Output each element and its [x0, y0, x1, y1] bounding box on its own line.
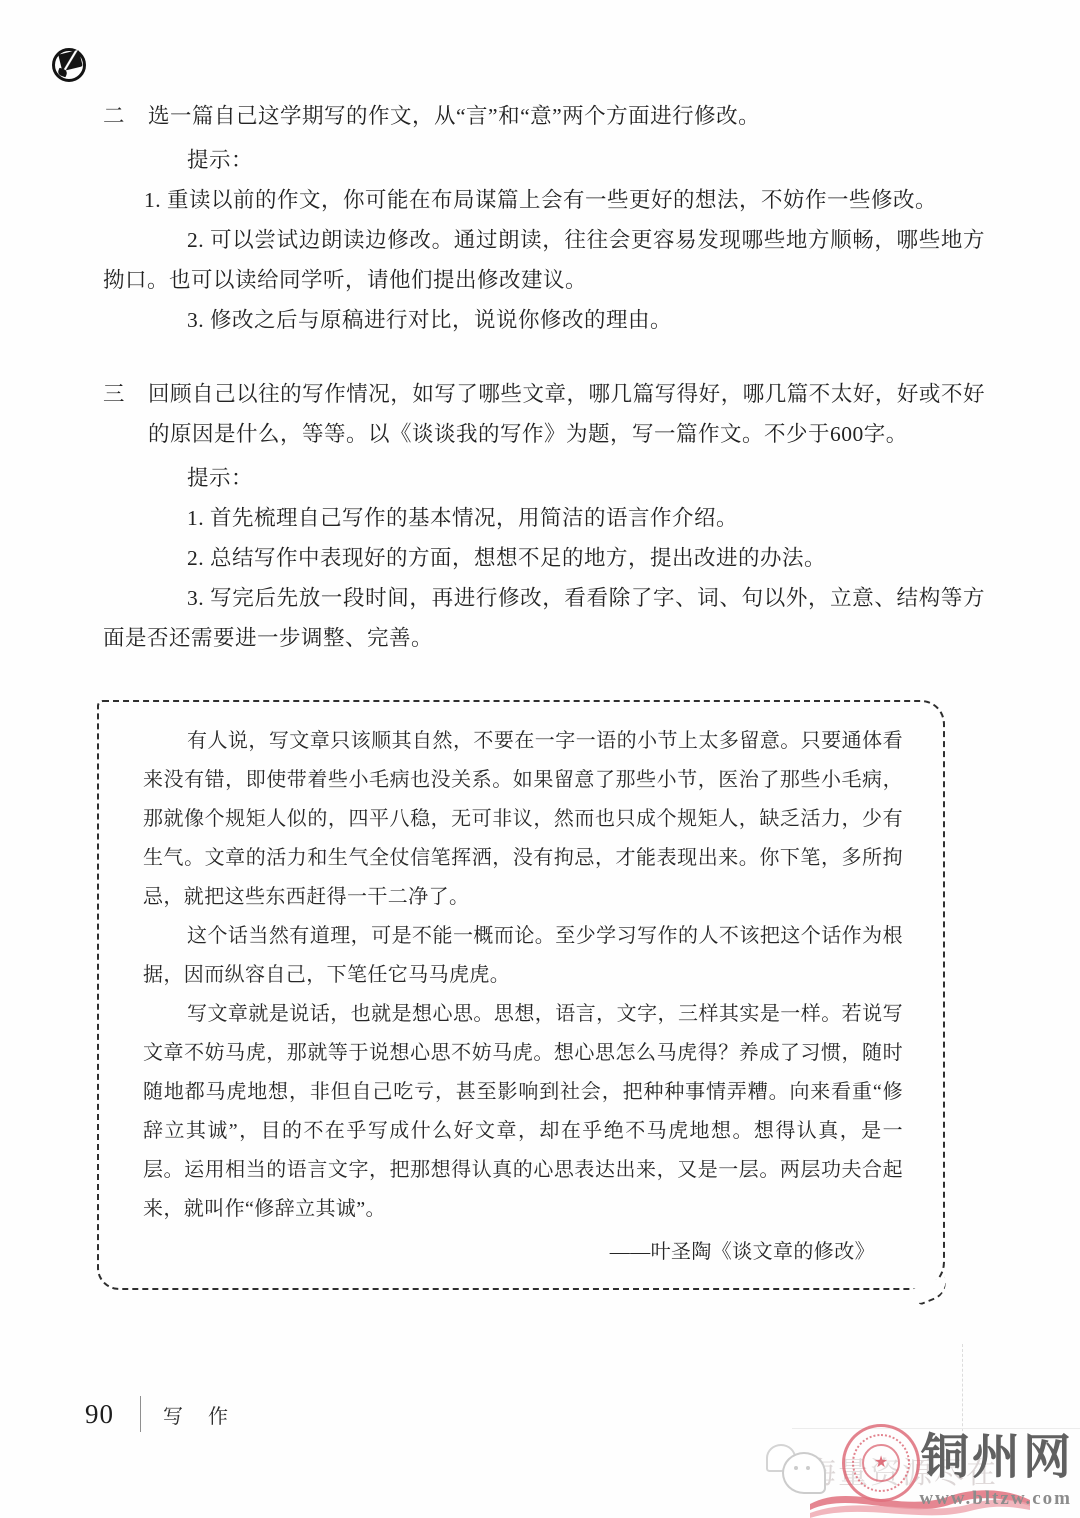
section-label: 写 作: [163, 1400, 238, 1429]
watermark-site-url: www.bltzw.com: [919, 1488, 1072, 1510]
quote-box: 有人说，写文章只该顺其自然，不要在一字一语的小节上太多留意。只要通体看来没有错，…: [97, 700, 945, 1290]
bubble-eye-icon: [806, 1466, 810, 1470]
quote-paragraph: 写文章就是说话，也就是想心思。思想，语言，文字，三样其实是一样。若说写文章不妨马…: [143, 995, 903, 1229]
hint-item: 3. 修改之后与原稿进行对比，说说你修改的理由。: [103, 300, 985, 340]
quote-paragraph: 有人说，写文章只该顺其自然，不要在一字一语的小节上太多留意。只要通体看来没有错，…: [143, 722, 903, 917]
exercise-three-section: 三回顾自己以往的写作情况，如写了哪些文章，哪几篇写得好，哪几篇不太好，好或不好的…: [103, 374, 985, 658]
exercise-two-section: 二选一篇自己这学期写的作文，从“言”和“意”两个方面进行修改。 提示： 1. 重…: [103, 96, 985, 340]
hint-label: 提示：: [103, 140, 985, 180]
exercise-prompt-text: 回顾自己以往的写作情况，如写了哪些文章，哪几篇写得好，哪几篇不太好，好或不好的原…: [148, 382, 985, 446]
bubble-eye-icon: [794, 1466, 798, 1470]
publisher-logo-icon: [52, 48, 86, 82]
exercise-prompt: 二选一篇自己这学期写的作文，从“言”和“意”两个方面进行修改。: [148, 96, 985, 136]
hint-item: 1. 重读以前的作文，你可能在布局谋篇上会有一些更好的想法，不妨作一些修改。: [103, 180, 985, 220]
hint-item: 1. 首先梳理自己写作的基本情况，用简洁的语言作介绍。: [103, 498, 985, 538]
hint-label: 提示：: [103, 458, 985, 498]
exercise-prompt-text: 选一篇自己这学期写的作文，从“言”和“意”两个方面进行修改。: [148, 104, 760, 128]
site-watermark: 海量资源尽在 ★ 铜州网 www.bltzw.com: [770, 1422, 1080, 1518]
seal-star-icon: ★: [862, 1444, 900, 1482]
page-content: 二选一篇自己这学期写的作文，从“言”和“意”两个方面进行修改。 提示： 1. 重…: [103, 96, 985, 1290]
footer-divider: [140, 1396, 141, 1432]
exercise-number: 三: [103, 374, 125, 414]
hint-item: 2. 可以尝试边朗读边修改。通过朗读，往往会更容易发现哪些地方顺畅，哪些地方拗口…: [103, 220, 985, 300]
watermark-site-name: 铜州网: [921, 1434, 1074, 1482]
page-footer: 90 写 作: [85, 1396, 238, 1432]
exercise-prompt: 三回顾自己以往的写作情况，如写了哪些文章，哪几篇写得好，哪几篇不太好，好或不好的…: [148, 374, 985, 454]
quote-attribution: ——叶圣陶《谈文章的修改》: [143, 1233, 903, 1272]
hint-item: 2. 总结写作中表现好的方面，想想不足的地方，提出改进的办法。: [103, 538, 985, 578]
page-number: 90: [85, 1399, 114, 1430]
exercise-number: 二: [103, 96, 125, 136]
quote-box-corner-notch: [913, 1276, 951, 1305]
hint-item: 3. 写完后先放一段时间，再进行修改，看看除了字、词、句以外，立意、结构等方面是…: [103, 578, 985, 658]
quote-paragraph: 这个话当然有道理，可是不能一概而论。至少学习写作的人不该把这个话作为根据，因而纵…: [143, 917, 903, 995]
